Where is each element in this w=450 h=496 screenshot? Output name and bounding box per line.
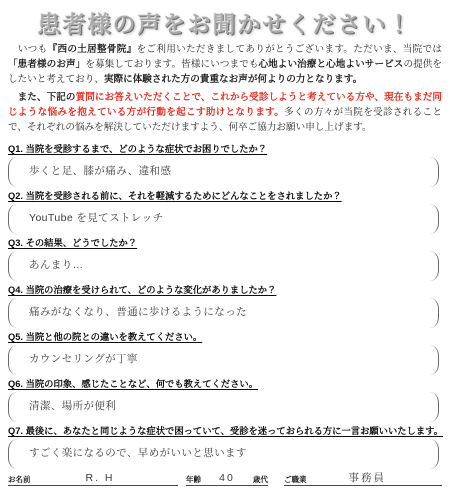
job-value: 事務員 (349, 473, 387, 484)
age-value: 40 (219, 473, 235, 484)
intro-text-segment-bold: また、下記の (8, 92, 76, 103)
age-field: 年齢 40 歳代 (186, 473, 268, 486)
intro-text-segment-bold: 『西の土居整骨院』 (48, 44, 137, 55)
question-section-5: Q5. 当院と他の院との違いを教えてください。 カウンセリングが丁寧 (8, 332, 442, 375)
patient-voice-form: 患者様の声をお聞かせください！ いつも『西の土居整骨院』をご利用いただきましてあ… (0, 0, 450, 486)
answer-box: 歩くと足、膝が痛み、違和感 (8, 157, 439, 187)
question-label: Q4. 当院の治療を受けられて、どのような変化がありましたか？ (8, 285, 442, 296)
question-section-7: Q7. 最後に、あなたと同じような症状で困っていて、受診を迷っておられる方に一言… (8, 426, 442, 469)
answer-text: 痛みがなくなり、普通に歩けるようになった (29, 306, 247, 318)
answer-box: カウンセリングが丁寧 (8, 345, 439, 375)
answer-text: 歩くと足、膝が痛み、違和感 (29, 165, 171, 177)
question-label: Q5. 当院と他の院との違いを教えてください。 (8, 332, 442, 343)
answer-text: あんまり… (29, 259, 84, 271)
intro-text-segment: を募集しております。皆様にいつまでも (85, 59, 258, 70)
intro-text-segment-bold: 「患者様のお声」 (8, 59, 85, 70)
answer-text: 清潔、場所が便利 (29, 400, 116, 412)
form-title: 患者様の声をお聞かせください！ (8, 6, 442, 39)
job-label: ご職業 (284, 475, 307, 484)
intro-text-segment-bold: 実際に体験された方の貴重なお声が何よりの力となります。 (104, 74, 362, 85)
name-label: お名前 (8, 475, 31, 484)
intro-text-segment: いつも (8, 44, 48, 55)
question-label: Q1. 当院を受診するまで、どのような症状でお困りでしたか？ (8, 144, 442, 155)
answer-text: すごく楽になるので、早めがいいと思います (29, 447, 247, 459)
answer-box: 清潔、場所が便利 (8, 392, 439, 422)
question-section-1: Q1. 当院を受診するまで、どのような症状でお困りでしたか？ 歩くと足、膝が痛み… (8, 144, 442, 187)
name-value: R. H (86, 473, 115, 484)
question-label: Q3. その結果、どうでしたか？ (8, 238, 442, 249)
answer-box: 痛みがなくなり、普通に歩けるようになった (8, 298, 439, 328)
question-label: Q2. 当院を受診される前に、それを軽減するためにどんなことをされましたか？ (8, 191, 442, 202)
question-section-3: Q3. その結果、どうでしたか？ あんまり… (8, 238, 442, 281)
age-label: 年齢 (186, 475, 201, 484)
question-list: Q1. 当院を受診するまで、どのような症状でお困りでしたか？ 歩くと足、膝が痛み… (8, 144, 442, 469)
name-field: お名前 R. H (8, 473, 178, 486)
intro-text-segment-bold: 心地よい治療と心地よいサービス (258, 59, 403, 70)
age-suffix-label: 歳代 (253, 475, 268, 484)
intro-paragraph-2: また、下記の質問にお答えいただくことで、これから受診しようと考えている方や、現在… (8, 91, 442, 135)
intro-paragraph-1: いつも『西の土居整骨院』をご利用いただきましてありがとうございます。ただいま、当… (8, 43, 442, 87)
question-section-4: Q4. 当院の治療を受けられて、どのような変化がありましたか？ 痛みがなくなり、… (8, 285, 442, 328)
question-section-2: Q2. 当院を受診される前に、それを軽減するためにどんなことをされましたか？ Y… (8, 191, 442, 234)
answer-text: YouTube を見てストレッチ (29, 212, 163, 224)
question-label: Q6. 当院の印象、感じたことなど、何でも教えてください。 (8, 379, 442, 390)
answer-text: カウンセリングが丁寧 (29, 353, 138, 365)
answer-box: YouTube を見てストレッチ (8, 204, 439, 234)
signature-row: お名前 R. H 年齢 40 歳代 ご職業 事務員 (8, 473, 442, 486)
answer-box: すごく楽になるので、早めがいいと思います (8, 439, 439, 469)
answer-box: あんまり… (8, 251, 439, 281)
job-field: ご職業 事務員 (284, 473, 442, 486)
intro-text-segment: をご利用いただきましてありがとうございます。ただいま、当院では (137, 44, 442, 55)
question-section-6: Q6. 当院の印象、感じたことなど、何でも教えてください。 清潔、場所が便利 (8, 379, 442, 422)
question-label: Q7. 最後に、あなたと同じような症状で困っていて、受診を迷っておられる方に一言… (8, 426, 442, 437)
